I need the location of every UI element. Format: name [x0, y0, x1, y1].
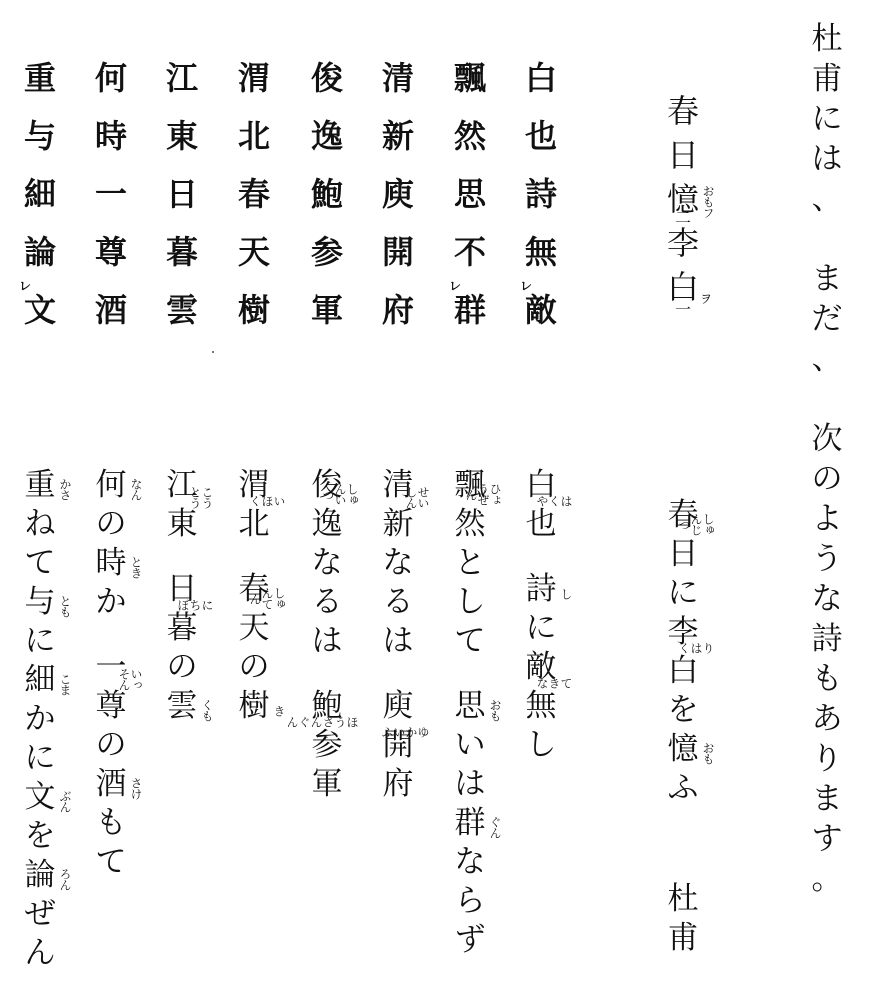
reading-char: 府 — [381, 769, 415, 808]
reading-char: 尊 — [94, 691, 128, 730]
reading-char: ら — [453, 886, 487, 925]
furigana: とも — [57, 595, 71, 617]
reading-char: ね — [23, 509, 57, 548]
kanbun-char: 逸 — [310, 120, 344, 178]
reading-char: 俊しゅんいつ — [310, 470, 344, 509]
reading-char: 無 — [524, 691, 558, 730]
reading-char: 北 — [237, 509, 271, 548]
reading-char: て — [94, 847, 128, 886]
kanbun-line: 飄然思不群レ — [453, 62, 487, 352]
reading-char: な — [310, 548, 344, 587]
reading-char: 然 — [453, 509, 487, 548]
intro-sentence: 杜甫には、 まだ、 次のような詩もあります。 — [810, 24, 844, 904]
kanbun-char: 雲 — [165, 294, 199, 352]
intro-char: あ — [810, 704, 844, 744]
reading-char: か — [23, 704, 57, 743]
title-char: 李二 — [666, 227, 700, 271]
reading-char: 群ぐん — [453, 808, 487, 847]
intro-char: ま — [810, 264, 844, 304]
reading-char: 樹き — [237, 691, 271, 730]
furigana: ほうさんぐん — [344, 714, 358, 731]
reading-char: の — [165, 652, 199, 691]
title-char: 白ヲ一 — [666, 271, 700, 315]
kanbun-char: 然 — [453, 120, 487, 178]
reading-char: て — [453, 626, 487, 665]
furigana: せいしん — [415, 485, 429, 509]
reading-line: 重かさねて与ともに細こまかに文ぶんを論ろんぜん — [23, 470, 57, 977]
kanbun-char: 開 — [381, 236, 415, 294]
kanbun-char: 江 — [165, 62, 199, 120]
reading-char: る — [381, 587, 415, 626]
reading-line: 江こうとう東日にちぼ暮の雲くも — [165, 470, 199, 730]
intro-char: よ — [810, 504, 844, 544]
title-char: 春 — [666, 95, 700, 139]
reading-char: 軍 — [310, 769, 344, 808]
reading-char: 白はくや — [524, 470, 558, 509]
reading-char: 日 — [666, 539, 700, 578]
kanbun-char: 新 — [381, 120, 415, 178]
intro-char: 杜 — [810, 24, 844, 64]
reading-char: 論ろん — [23, 860, 57, 899]
intro-char: う — [810, 544, 844, 584]
furigana: こうとう — [199, 485, 213, 509]
reading-line: 渭いほく北春しゅんてん天の樹き — [237, 470, 271, 730]
furigana: し — [558, 588, 572, 599]
reading-char: に — [23, 626, 57, 665]
kanbun-char: 敵レ — [524, 294, 558, 352]
intro-char: 、 — [810, 344, 844, 384]
stray-dot — [212, 351, 214, 353]
kanbun-line: 俊逸鮑参軍 — [310, 62, 344, 352]
reading-char: 暮 — [165, 613, 199, 652]
kanbun-line: 江東日暮雲 — [165, 62, 199, 352]
furigana: かさ — [57, 478, 71, 500]
reading-char: は — [381, 626, 415, 665]
intro-char: の — [810, 464, 844, 504]
furigana: てきな — [558, 673, 572, 691]
furigana: しゅんいつ — [344, 479, 358, 509]
reading-char: 春しゅんじつ — [666, 500, 700, 539]
furigana: ゆかいふ — [415, 726, 429, 737]
furigana: ぐん — [487, 816, 501, 838]
reading-char: 敵てきな — [524, 652, 558, 691]
kanbun-char: 樹 — [237, 294, 271, 352]
reading-line: 俊しゅんいつ逸なるは鮑ほうさんぐん参軍 — [310, 470, 344, 808]
kanbun-char: 何 — [94, 62, 128, 120]
intro-char: 次 — [810, 424, 844, 464]
kanbun-char: 渭 — [237, 62, 271, 120]
reading-char: て — [23, 548, 57, 587]
intro-char — [810, 224, 844, 264]
furigana: さけ — [128, 777, 142, 799]
intro-char — [810, 384, 844, 424]
intro-char: は — [810, 144, 844, 184]
reading-char: 飄ひょうぜん — [453, 470, 487, 509]
kanbun-char: 北 — [237, 120, 271, 178]
reading-char: 天 — [237, 613, 271, 652]
author-char: 杜 — [666, 884, 700, 923]
kanbun-char: 也 — [524, 120, 558, 178]
kanbun-line: 清新庾開府 — [381, 62, 415, 352]
reading-char: の — [237, 652, 271, 691]
furigana: とき — [128, 556, 142, 578]
reading-char: ぜ — [23, 899, 57, 938]
reading-char: ん — [23, 938, 57, 977]
reading-char: も — [94, 808, 128, 847]
kanbun-char: 春 — [237, 178, 271, 236]
kanbun-line: 白也詩無敵レ — [524, 62, 558, 352]
intro-char: 。 — [810, 864, 844, 904]
kanbun-title: 春日憶おもフ李二白ヲ一 — [666, 95, 700, 315]
reading-char: し — [453, 587, 487, 626]
reading-char: 細こま — [23, 665, 57, 704]
furigana: おも — [700, 742, 714, 764]
furigana: はくや — [558, 491, 572, 509]
intro-char: も — [810, 664, 844, 704]
furigana: ろん — [57, 868, 71, 890]
reading-char: の — [94, 730, 128, 769]
reading-char: 何なん — [94, 470, 128, 509]
furigana: にちぼ — [199, 595, 213, 613]
kanbun-char: 文レ — [23, 294, 57, 352]
reading-char: 鮑ほうさんぐん — [310, 691, 344, 730]
intro-char: に — [810, 104, 844, 144]
kanbun-char: 日 — [165, 178, 199, 236]
kanbun-char: 暮 — [165, 236, 199, 294]
intro-char: だ — [810, 304, 844, 344]
reading-char: 憶おも — [666, 734, 700, 773]
kanbun-line: 重与細論文レ — [23, 62, 57, 352]
reading-char: に — [666, 578, 700, 617]
reading-char: 詩し — [524, 574, 558, 613]
reading-char: 庾ゆかいふ — [381, 691, 415, 730]
reading-char: ず — [453, 925, 487, 964]
furigana: しゅんじつ — [700, 509, 714, 539]
kaeriten-re: レ — [19, 280, 31, 292]
furigana: き — [271, 705, 285, 716]
kanbun-char: 鮑 — [310, 178, 344, 236]
reading-char: の — [94, 509, 128, 548]
kanbun-char: 軍 — [310, 294, 344, 352]
reading-char: 新 — [381, 509, 415, 548]
furigana: りはく — [700, 638, 714, 656]
kanbun-char: 思 — [453, 178, 487, 236]
reading-char: 清せいしん — [381, 470, 415, 509]
kanbun-char: 与 — [23, 120, 57, 178]
reading-char: 東 — [165, 509, 199, 548]
kanbun-char: 細 — [23, 178, 57, 236]
kaeriten-ichi: 一 — [675, 305, 691, 315]
reading-char: 白 — [666, 656, 700, 695]
reading-line: 何なんの時ときか一いっそん尊の酒さけもて — [94, 470, 128, 886]
reading-char: 一いっそん — [94, 652, 128, 691]
reading-char: 渭いほく — [237, 470, 271, 509]
reading-char: 参 — [310, 730, 344, 769]
reading-char: は — [453, 769, 487, 808]
reading-char: 与とも — [23, 587, 57, 626]
furigana: くも — [199, 699, 213, 721]
kaeriten-ni: 二 — [675, 213, 691, 223]
reading-char: は — [310, 626, 344, 665]
kaeriten-re: レ — [520, 280, 532, 292]
kanbun-char: 詩 — [524, 178, 558, 236]
reading-char: を — [23, 821, 57, 860]
reading-char: か — [94, 587, 128, 626]
reading-char: 春しゅんてん — [237, 574, 271, 613]
reading-char: 雲くも — [165, 691, 199, 730]
reading-char: 重かさ — [23, 470, 57, 509]
kanbun-char: 参 — [310, 236, 344, 294]
kaeriten-re: レ — [449, 280, 461, 292]
kanbun-char: 酒 — [94, 294, 128, 352]
furigana: ひょうぜん — [487, 479, 501, 509]
kanbun-char: 東 — [165, 120, 199, 178]
reading-char: と — [453, 548, 487, 587]
intro-char: 詩 — [810, 624, 844, 664]
furigana: ぶん — [57, 790, 71, 812]
title-char: 日 — [666, 139, 700, 183]
reading-char: 開 — [381, 730, 415, 769]
reading-char: 江こうとう — [165, 470, 199, 509]
reading-char: に — [524, 613, 558, 652]
kanbun-char: 天 — [237, 236, 271, 294]
furigana: おもフ — [700, 185, 714, 218]
reading-char: な — [381, 548, 415, 587]
reading-char: 日にちぼ — [165, 574, 199, 613]
reading-char: 文ぶん — [23, 782, 57, 821]
reading-char: 時とき — [94, 548, 128, 587]
reading-char: な — [453, 847, 487, 886]
intro-char: ま — [810, 784, 844, 824]
kanbun-char: 時 — [94, 120, 128, 178]
kanbun-char: 俊 — [310, 62, 344, 120]
intro-char: な — [810, 584, 844, 624]
kanbun-char: 飄 — [453, 62, 487, 120]
reading-char: に — [23, 743, 57, 782]
kanbun-char: 一 — [94, 178, 128, 236]
intro-char: り — [810, 744, 844, 784]
kanbun-char: 白 — [524, 62, 558, 120]
reading-char: 逸 — [310, 509, 344, 548]
furigana: なん — [128, 478, 142, 500]
author-char: 甫 — [666, 923, 700, 962]
kanbun-char: 清 — [381, 62, 415, 120]
kanbun-char: 府 — [381, 294, 415, 352]
reading-line: 清せいしん新なるは庾ゆかいふ開府 — [381, 470, 415, 808]
kanbun-line: 何時一尊酒 — [94, 62, 128, 352]
reading-line: 飄ひょうぜん然として思おもいは群ぐんならず — [453, 470, 487, 964]
yomikudashi-title: 春しゅんじつ日に李りはく白を憶おもふ杜甫 — [666, 500, 700, 962]
furigana: こま — [57, 673, 71, 695]
intro-char: 、 — [810, 184, 844, 224]
reading-char: る — [310, 587, 344, 626]
reading-char: し — [524, 730, 558, 769]
kanbun-char: 庾 — [381, 178, 415, 236]
furigana: いほく — [271, 491, 285, 509]
reading-char: 也 — [524, 509, 558, 548]
reading-char: を — [666, 695, 700, 734]
okurigana: ヲ — [700, 293, 712, 305]
kanbun-line: 渭北春天樹 — [237, 62, 271, 352]
furigana: いっそん — [128, 667, 142, 691]
intro-char: す — [810, 824, 844, 864]
intro-char: 甫 — [810, 64, 844, 104]
reading-char: い — [453, 730, 487, 769]
reading-char: 思おも — [453, 691, 487, 730]
reading-char: 酒さけ — [94, 769, 128, 808]
kanbun-char: 重 — [23, 62, 57, 120]
reading-char: ふ — [666, 773, 700, 812]
kanbun-char: 尊 — [94, 236, 128, 294]
reading-line: 白はくや也詩しに敵てきな無し — [524, 470, 558, 769]
furigana: おも — [487, 699, 501, 721]
reading-char: 李りはく — [666, 617, 700, 656]
kanbun-char: 群レ — [453, 294, 487, 352]
furigana: しゅんてん — [271, 583, 285, 613]
